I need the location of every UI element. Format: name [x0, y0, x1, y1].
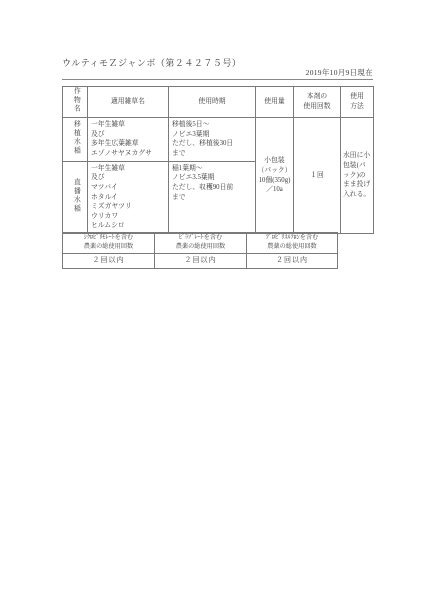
restriction-header-cyclopyrimorate: ｼｸﾛﾋﾟﾘﾓﾚｰﾄを含む 農薬の総使用回数	[63, 233, 155, 254]
restriction-value-cyclopyrimorate: ２回以内	[63, 253, 155, 268]
usage-table: 作物名 適用雑草名 使用時期 使用量 本剤の 使用回数 使用 方法 移植水稲 一…	[62, 86, 374, 234]
restriction-value-propyrisulfuron: ２回以内	[247, 253, 338, 268]
usage-count-value: １回	[294, 118, 341, 234]
header-crop-name: 作物名	[63, 87, 88, 118]
restriction-value-pyrazolate: ２回以内	[155, 253, 247, 268]
period-direct-sown: 稲1葉期～ ノビエ3.5葉期 ただし、収穫90日前 まで	[169, 161, 256, 233]
header-crop-name-label: 作物名	[72, 87, 79, 113]
total-usage-restriction-table: ｼｸﾛﾋﾟﾘﾓﾚｰﾄを含む 農薬の総使用回数 ﾋﾟﾗｿﾞﾚｰﾄを含む 農薬の総使…	[62, 232, 338, 269]
restriction-header-pyrazolate: ﾋﾟﾗｿﾞﾚｰﾄを含む 農薬の総使用回数	[155, 233, 247, 254]
usage-amount-value: 小包装 （パック） 10個(350g) ／10a	[256, 118, 294, 234]
restriction-header-propyrisulfuron: ﾌﾟﾛﾋﾟﾘｽﾙﾌﾛﾝを含む 農薬の総使用回数	[247, 233, 338, 254]
crop-direct-sown-rice: 直播水稲	[63, 161, 88, 233]
crop-direct-sown-rice-label: 直播水稲	[72, 178, 79, 213]
header-usage-period: 使用時期	[169, 87, 256, 118]
header-usage-amount: 使用量	[256, 87, 294, 118]
usage-method-value: 水田に小包装(パック)のまま投げ入れる。	[341, 118, 374, 234]
weeds-transplanted: 一年生雑草 及び 多年生広葉雑草 エゾノサヤヌカグサ	[88, 118, 169, 162]
period-transplanted: 移植後5日～ ノビエ3葉期 ただし、移植後30日 まで	[169, 118, 256, 162]
restriction-header-row: ｼｸﾛﾋﾟﾘﾓﾚｰﾄを含む 農薬の総使用回数 ﾋﾟﾗｿﾞﾚｰﾄを含む 農薬の総使…	[63, 233, 338, 254]
restriction-value-row: ２回以内 ２回以内 ２回以内	[63, 253, 338, 268]
header-usage-method: 使用 方法	[341, 87, 374, 118]
document-page: ウルティモＺジャンボ（第２４２７５号） 2019年10月9日現在 作物名 適用雑…	[0, 0, 424, 600]
table-header-row: 作物名 適用雑草名 使用時期 使用量 本剤の 使用回数 使用 方法	[63, 87, 374, 118]
header-usage-count: 本剤の 使用回数	[294, 87, 341, 118]
header-applicable-weeds: 適用雑草名	[88, 87, 169, 118]
crop-transplanted-rice-label: 移植水稲	[72, 120, 79, 155]
table-row: 移植水稲 一年生雑草 及び 多年生広葉雑草 エゾノサヤヌカグサ 移植後5日～ ノ…	[63, 118, 374, 162]
revision-date: 2019年10月9日現在	[62, 67, 373, 80]
weeds-direct-sown: 一年生雑草 及び マツバイ ホタルイ ミズガヤツリ ウリカワ ヒルムシロ	[88, 161, 169, 233]
crop-transplanted-rice: 移植水稲	[63, 118, 88, 162]
